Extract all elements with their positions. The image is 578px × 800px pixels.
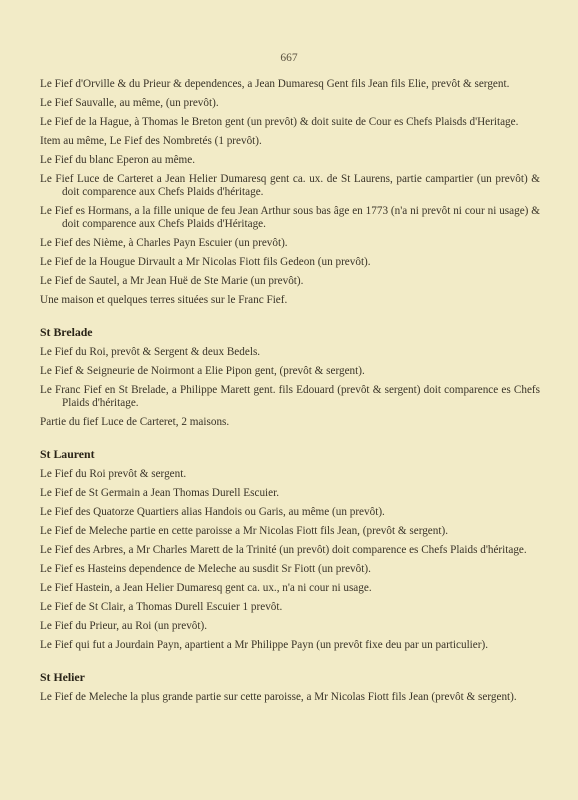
fief-entry: Le Fief de St Germain a Jean Thomas Dure… xyxy=(40,487,540,500)
fief-entry: Le Fief qui fut a Jourdain Payn, apartie… xyxy=(40,639,540,652)
fief-entry: Le Fief des Nième, à Charles Payn Escuie… xyxy=(40,237,540,250)
fief-entry: Le Fief du Prieur, au Roi (un prevôt). xyxy=(40,620,540,633)
fief-entry: Le Fief de Meleche la plus grande partie… xyxy=(40,691,540,704)
fief-entry: Le Fief du blanc Eperon au même. xyxy=(40,154,540,167)
fief-entry: Le Fief Hastein, a Jean Helier Dumaresq … xyxy=(40,582,540,595)
fief-entry: Le Fief Sauvalle, au même, (un prevôt). xyxy=(40,97,540,110)
fief-entry: Item au même, Le Fief des Nombretés (1 p… xyxy=(40,135,540,148)
fief-entry: Le Fief Luce de Carteret a Jean Helier D… xyxy=(40,173,540,199)
fief-entry: Partie du fief Luce de Carteret, 2 maiso… xyxy=(40,416,540,429)
section: St BreladeLe Fief du Roi, prevôt & Serge… xyxy=(40,325,540,429)
page-number: 667 xyxy=(0,52,578,64)
fief-entry: Le Fief de Meleche partie en cette paroi… xyxy=(40,525,540,538)
fief-entry: Le Fief des Arbres, a Mr Charles Marett … xyxy=(40,544,540,557)
fief-entry: Le Fief de la Hougue Dirvault a Mr Nicol… xyxy=(40,256,540,269)
section: Le Fief d'Orville & du Prieur & dependen… xyxy=(40,78,540,307)
fief-entry: Le Fief d'Orville & du Prieur & dependen… xyxy=(40,78,540,91)
section-title: St Helier xyxy=(40,670,540,685)
document-body: Le Fief d'Orville & du Prieur & dependen… xyxy=(40,78,540,710)
fief-entry: Le Fief es Hormans, a la fille unique de… xyxy=(40,205,540,231)
fief-entry: Une maison et quelques terres situées su… xyxy=(40,294,540,307)
fief-entry: Le Fief du Roi prevôt & sergent. xyxy=(40,468,540,481)
fief-entry: Le Fief de la Hague, à Thomas le Breton … xyxy=(40,116,540,129)
fief-entry: Le Fief de Sautel, a Mr Jean Huë de Ste … xyxy=(40,275,540,288)
fief-entry: Le Fief es Hasteins dependence de Melech… xyxy=(40,563,540,576)
section: St HelierLe Fief de Meleche la plus gran… xyxy=(40,670,540,704)
section-title: St Brelade xyxy=(40,325,540,340)
section-title: St Laurent xyxy=(40,447,540,462)
section: St LaurentLe Fief du Roi prevôt & sergen… xyxy=(40,447,540,652)
fief-entry: Le Fief & Seigneurie de Noirmont a Elie … xyxy=(40,365,540,378)
fief-entry: Le Fief du Roi, prevôt & Sergent & deux … xyxy=(40,346,540,359)
fief-entry: Le Franc Fief en St Brelade, a Philippe … xyxy=(40,384,540,410)
fief-entry: Le Fief des Quatorze Quartiers alias Han… xyxy=(40,506,540,519)
fief-entry: Le Fief de St Clair, a Thomas Durell Esc… xyxy=(40,601,540,614)
document-page: 667 Le Fief d'Orville & du Prieur & depe… xyxy=(0,0,578,800)
